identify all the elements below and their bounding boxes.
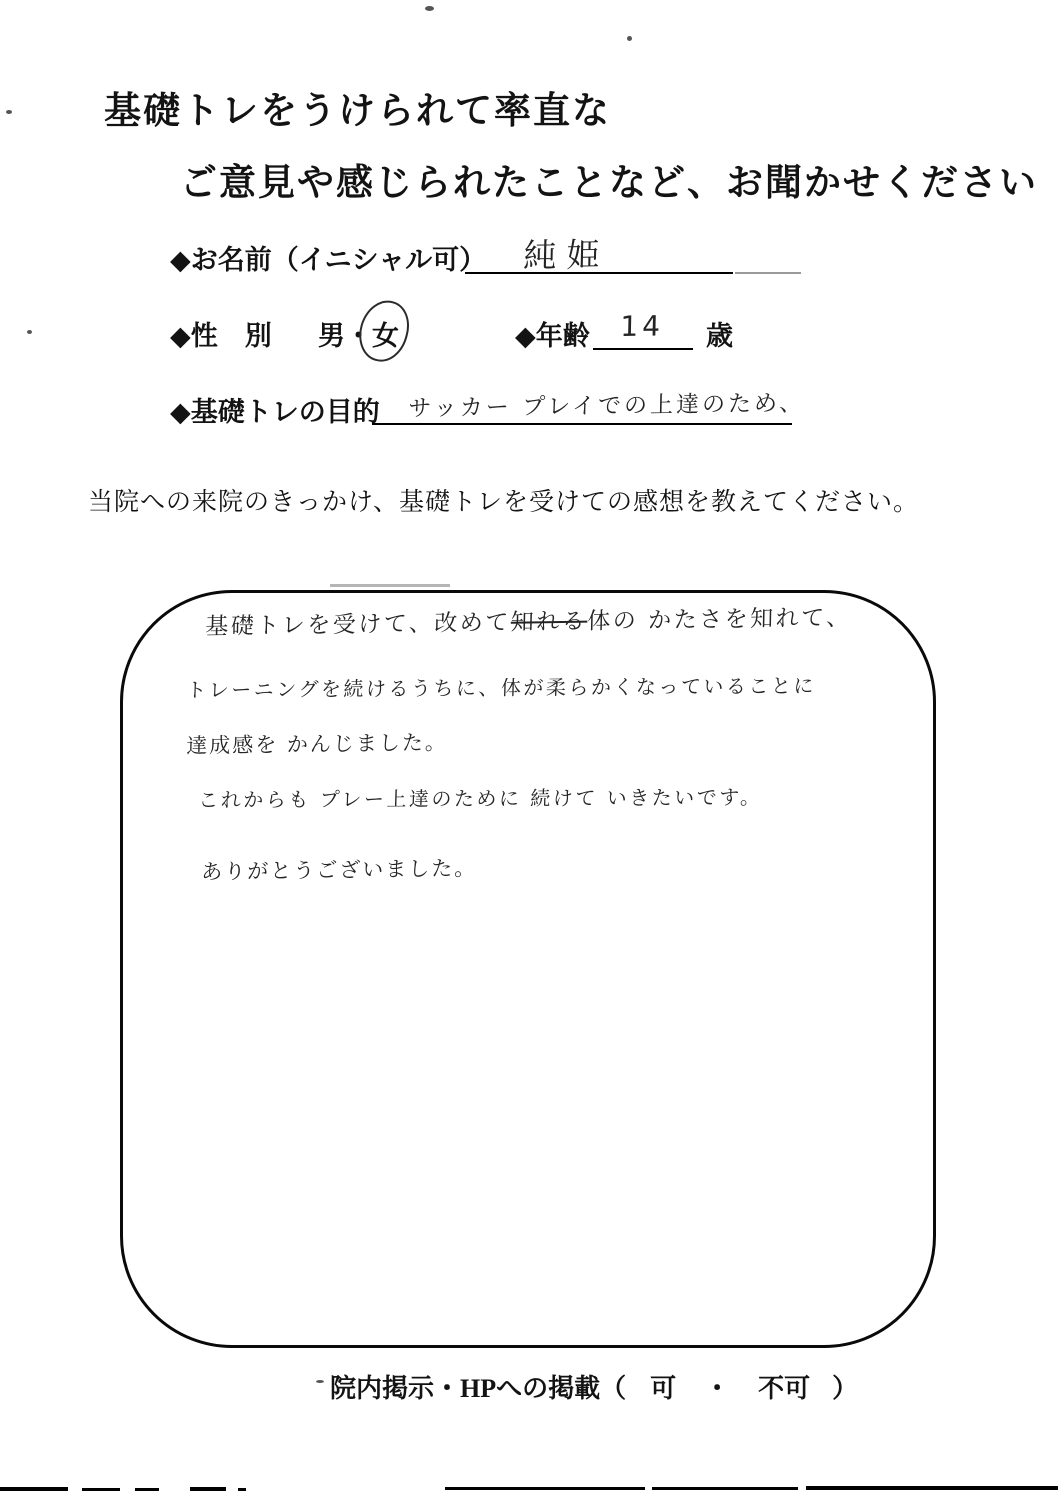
name-handwritten-value: 純姫 [523, 229, 610, 277]
publication-consent-close-paren: ） [832, 1374, 858, 1403]
scan-speck [425, 6, 434, 11]
diamond-bullet-icon: ◆ [170, 397, 191, 427]
comment-line-1-pre: 基礎トレを受けて、改めて [205, 610, 511, 640]
comment-line-1-post: 体の かたさを知れて、 [587, 605, 852, 635]
name-underline-faint-extension [735, 272, 801, 274]
comment-line-3: 達成感を かんじました。 [186, 726, 448, 760]
scan-speck [627, 36, 632, 41]
comment-line-5: ありがとうございました。 [201, 852, 478, 886]
scan-speck [6, 110, 12, 114]
purpose-underline [372, 423, 792, 425]
purpose-field-label: 基礎トレの目的 [191, 397, 380, 427]
publication-option-allow: 可 [650, 1374, 676, 1403]
name-field-row: ◆お名前（イニシャル可） [170, 238, 486, 277]
age-unit-label: 歳 [706, 314, 733, 353]
scanned-questionnaire-page: 基礎トレをうけられて率直な ご意見や感じられたことなど、お聞かせください ◆お名… [0, 0, 1058, 1495]
comment-line-4: これからも プレー上達のために 続けて いきたいです。 [198, 781, 763, 813]
publication-option-deny: 不可 [758, 1374, 810, 1403]
scan-artifact-bar [0, 1487, 68, 1491]
gender-selection-circle [352, 295, 415, 368]
purpose-handwritten-value: サッカー プレイでの上達のため、 [408, 384, 806, 423]
scan-artifact-bar [652, 1487, 798, 1490]
publication-option-separator: ・ [704, 1374, 730, 1403]
scan-artifact-bar [445, 1487, 645, 1490]
publication-consent-row: 院内掲示・HPへの掲載（可・不可） [330, 1368, 858, 1405]
age-field-label: 年齢 [536, 321, 590, 351]
purpose-field-row: ◆基礎トレの目的 [170, 390, 380, 429]
diamond-bullet-icon: ◆ [170, 321, 191, 351]
diamond-bullet-icon: ◆ [170, 245, 191, 275]
form-title-line2: ご意見や感じられたことなど、お聞かせください [180, 152, 1038, 206]
scan-smudge [330, 584, 450, 587]
form-title-line1: 基礎トレをうけられて率直な [104, 80, 611, 134]
scan-artifact-bar [135, 1488, 159, 1491]
scan-artifact-bar [238, 1488, 246, 1491]
gender-option-male: 男 [318, 321, 345, 351]
gender-field-label: 性 別 [191, 321, 272, 351]
age-underline [593, 348, 693, 350]
scan-artifact-bar [190, 1487, 226, 1491]
comment-box [120, 590, 936, 1348]
gender-field-row: ◆性 別 [170, 314, 272, 353]
comment-line-2: トレーニングを続けるうちに、体が柔らかくなっていることに [186, 670, 816, 703]
diamond-bullet-icon: ◆ [515, 321, 536, 351]
scan-speck [316, 1380, 324, 1383]
scan-artifact-bar [82, 1488, 120, 1491]
scan-speck [27, 330, 32, 334]
age-field-row: ◆年齢 [515, 314, 590, 353]
age-handwritten-value: 14 [620, 309, 664, 343]
name-field-label: お名前（イニシャル可） [191, 245, 486, 275]
comment-line-1-strikethrough: 知れる [511, 609, 588, 636]
publication-consent-label: 院内掲示・HPへの掲載（ [330, 1374, 626, 1403]
instruction-text: 当院への来院のきっかけ、基礎トレを受けての感想を教えてください。 [88, 482, 919, 518]
scan-artifact-bar [806, 1486, 1058, 1490]
